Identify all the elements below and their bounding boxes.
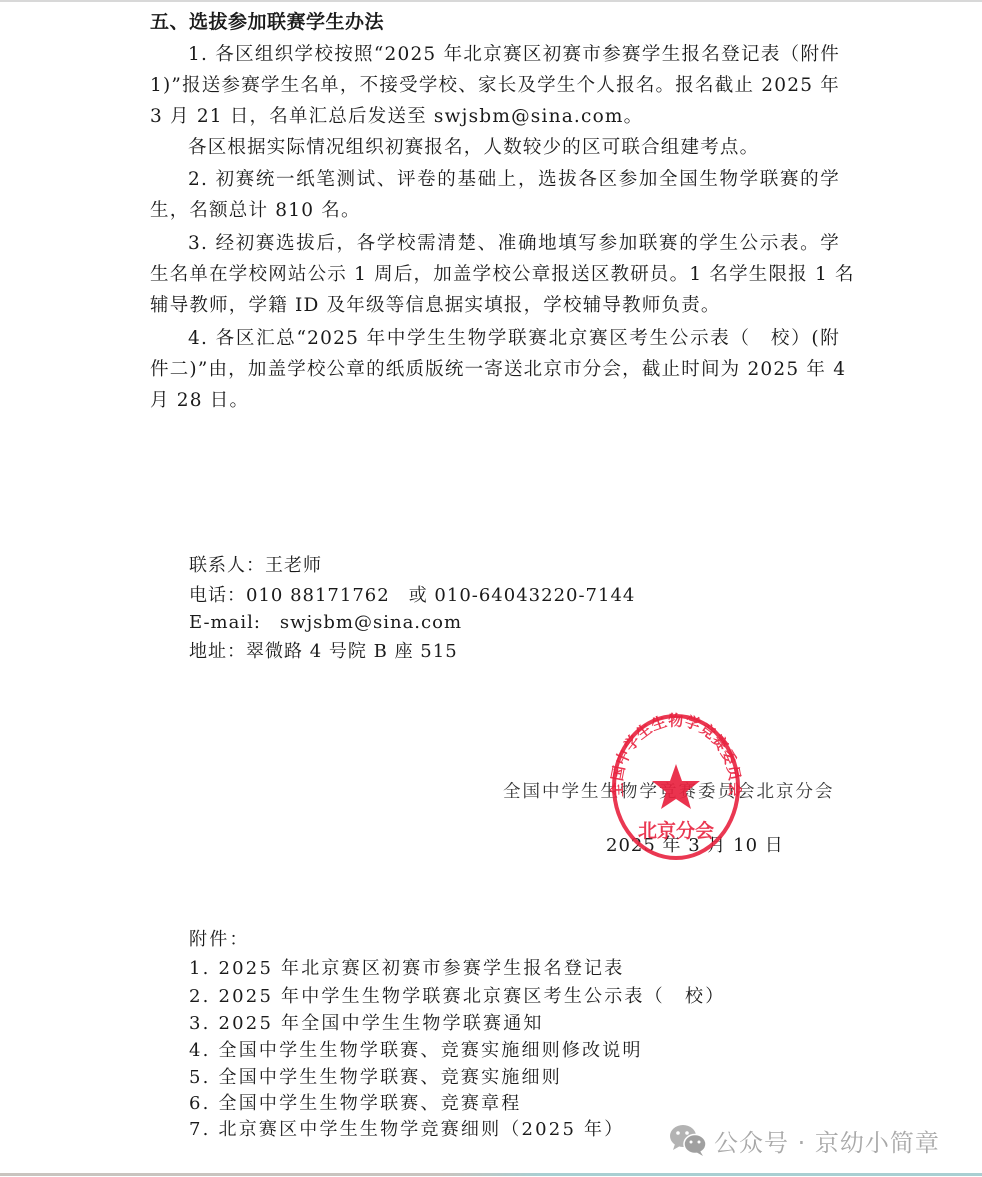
- attachment-item-5: 5. 全国中学生生物学联赛、竞赛实施细则: [189, 1066, 562, 1090]
- paragraph-3-line-1: 2. 初赛统一纸笔测试、评卷的基础上，选拔各区参加全国生物学联赛的学: [150, 168, 840, 192]
- paragraph-1-line-1: 1. 各区组织学校按照“2025 年北京赛区初赛市参赛学生报名登记表（附件: [150, 43, 840, 67]
- section-heading: 五、选拔参加联赛学生办法: [150, 10, 384, 34]
- contact-phone: 电话：010 88171762 或 010-64043220-7144: [189, 584, 635, 608]
- paragraph-4-line-3: 辅导教师，学籍 ID 及年级等信息据实填报，学校辅导教师负责。: [150, 294, 840, 318]
- attachment-item-4: 4. 全国中学生生物学联赛、竞赛实施细则修改说明: [189, 1039, 643, 1063]
- attachment-item-7: 7. 北京赛区中学生生物学竞赛细则（2025 年）: [189, 1118, 624, 1142]
- paragraph-3-line-2: 生，名额总计 810 名。: [150, 199, 840, 223]
- attachment-item-2: 2. 2025 年中学生生物学联赛北京赛区考生公示表（ 校）: [189, 985, 725, 1009]
- wechat-watermark: 公众号 · 京幼小简章: [668, 1120, 940, 1160]
- contact-person: 联系人：王老师: [189, 554, 322, 578]
- paragraph-1-line-3: 3 月 21 日，名单汇总后发送至 swjsbm@sina.com。: [150, 105, 840, 129]
- paragraph-5-line-3: 月 28 日。: [150, 389, 840, 413]
- signature-organization: 全国中学生生物学竞赛委员会北京分会: [503, 780, 835, 804]
- paragraph-2-line-1: 各区根据实际情况组织初赛报名，人数较少的区可联合组建考点。: [150, 136, 840, 160]
- document-page: 五、选拔参加联赛学生办法 1. 各区组织学校按照“2025 年北京赛区初赛市参赛…: [0, 0, 982, 1177]
- signature-date: 2025 年 3 月 10 日: [606, 834, 784, 858]
- watermark-text: 公众号 · 京幼小简章: [714, 1123, 940, 1158]
- paragraph-5-line-2: 件二)”由，加盖学校公章的纸质版统一寄送北京市分会，截止时间为 2025 年 4: [150, 358, 840, 382]
- contact-email: E-mail: swjsbm@sina.com: [189, 611, 462, 635]
- attachment-item-1: 1. 2025 年北京赛区初赛市参赛学生报名登记表: [189, 957, 624, 981]
- page-bottom-border: [0, 1173, 982, 1176]
- paragraph-1-line-2: 1)”报送参赛学生名单，不接受学校、家长及学生个人报名。报名截止 2025 年: [150, 74, 840, 98]
- paragraph-5-line-1: 4. 各区汇总“2025 年中学生生物学联赛北京赛区考生公示表（ 校）(附: [150, 327, 840, 351]
- attachments-label: 附件：: [189, 928, 250, 952]
- wechat-icon: [668, 1122, 708, 1158]
- paragraph-4-line-1: 3. 经初赛选拔后，各学校需清楚、准确地填写参加联赛的学生公示表。学: [150, 232, 840, 256]
- attachment-item-3: 3. 2025 年全国中学生生物学联赛通知: [189, 1012, 544, 1036]
- contact-address: 地址：翠微路 4 号院 B 座 515: [189, 640, 458, 664]
- paragraph-4-line-2: 生名单在学校网站公示 1 周后，加盖学校公章报送区教研员。1 名学生限报 1 名: [150, 263, 840, 287]
- attachment-item-6: 6. 全国中学生生物学联赛、竞赛章程: [189, 1092, 522, 1116]
